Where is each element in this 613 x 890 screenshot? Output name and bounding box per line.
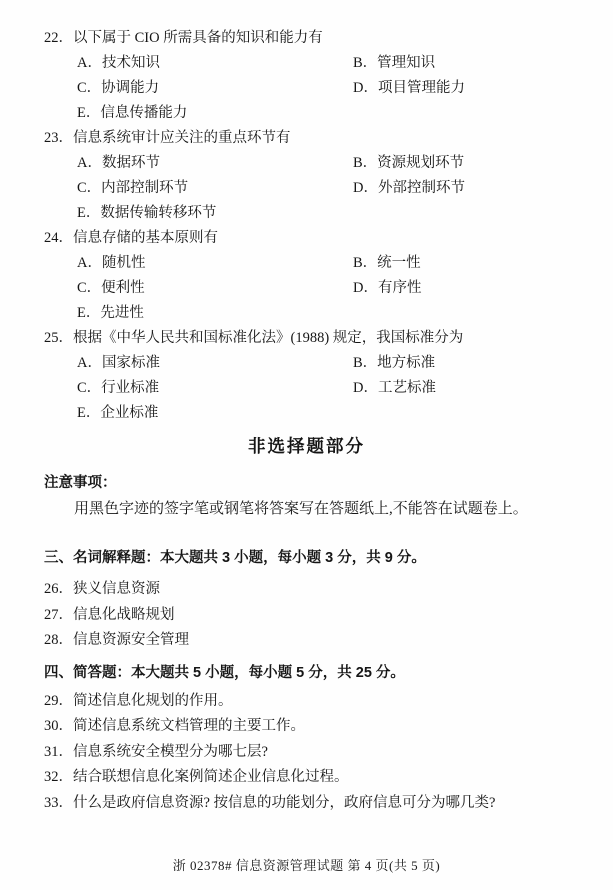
option: A．技术知识 [77, 51, 353, 76]
option-row: E．先进性 [0, 301, 613, 326]
section-three: 三、名词解释题：本大题共 3 小题，每小题 3 分，共 9 分。 26．狭义信息… [0, 546, 613, 654]
list-item: 27．信息化战略规划 [0, 603, 613, 629]
list-item: 29．简述信息化规划的作用。 [0, 689, 613, 715]
option-row: C．内部控制环节D．外部控制环节 [0, 176, 613, 201]
option: A．随机性 [77, 251, 353, 276]
question-stem-text: 以下属于 CIO 所需具备的知识和能力有 [73, 30, 323, 46]
option-row: C．便利性D．有序性 [0, 276, 613, 301]
option: B．管理知识 [353, 51, 435, 76]
exam-page: 22．以下属于 CIO 所需具备的知识和能力有A．技术知识B．管理知识C．协调能… [0, 0, 613, 890]
option-row: A．国家标准B．地方标准 [0, 351, 613, 376]
question-block: 23．信息系统审计应关注的重点环节有A．数据环节B．资源规划环节C．内部控制环节… [0, 126, 613, 226]
option: D．外部控制环节 [353, 176, 465, 201]
list-item: 31．信息系统安全模型分为哪七层? [0, 740, 613, 766]
option: C．协调能力 [77, 76, 353, 101]
section-four-items: 29．简述信息化规划的作用。30．简述信息系统文档管理的主要工作。31．信息系统… [0, 689, 613, 817]
list-item: 26．狭义信息资源 [0, 577, 613, 603]
option-row: A．数据环节B．资源规划环节 [0, 151, 613, 176]
option-row: A．随机性B．统一性 [0, 251, 613, 276]
option: C．行业标准 [77, 376, 353, 401]
question-stem-text: 根据《中华人民共和国标准化法》(1988) 规定，我国标准分为 [73, 330, 463, 346]
notice-title: 注意事项： [0, 471, 613, 496]
question-number: 22． [44, 30, 73, 46]
question-number: 25． [44, 330, 73, 346]
question-stem-text: 信息系统审计应关注的重点环节有 [73, 130, 291, 146]
option: D．工艺标准 [353, 376, 436, 401]
list-item: 28．信息资源安全管理 [0, 628, 613, 654]
option: A．数据环节 [77, 151, 353, 176]
part-heading: 非选择题部分 [0, 435, 613, 457]
list-item: 32．结合联想信息化案例简述企业信息化过程。 [0, 765, 613, 791]
question-block: 25．根据《中华人民共和国标准化法》(1988) 规定，我国标准分为A．国家标准… [0, 326, 613, 426]
question-stem: 23．信息系统审计应关注的重点环节有 [0, 126, 613, 151]
question-stem: 24．信息存储的基本原则有 [0, 226, 613, 251]
option: B．统一性 [353, 251, 421, 276]
section-three-header: 三、名词解释题：本大题共 3 小题，每小题 3 分，共 9 分。 [0, 546, 613, 571]
option: B．地方标准 [353, 351, 435, 376]
option: A．国家标准 [77, 351, 353, 376]
option-row: E．信息传播能力 [0, 101, 613, 126]
option-row: C．行业标准D．工艺标准 [0, 376, 613, 401]
question-number: 23． [44, 130, 73, 146]
option: D．有序性 [353, 276, 421, 301]
question-stem: 22．以下属于 CIO 所需具备的知识和能力有 [0, 26, 613, 51]
option: C．内部控制环节 [77, 176, 353, 201]
list-item: 33．什么是政府信息资源? 按信息的功能划分，政府信息可分为哪几类? [0, 791, 613, 817]
page-footer: 浙 02378# 信息资源管理试题 第 4 页(共 5 页) [0, 855, 613, 874]
notice-block: 注意事项： 用黑色字迹的签字笔或钢笔将答案写在答题纸上,不能答在试题卷上。 [0, 471, 613, 522]
question-number: 24． [44, 230, 73, 246]
question-stem-text: 信息存储的基本原则有 [73, 230, 218, 246]
section-four-header: 四、简答题：本大题共 5 小题，每小题 5 分，共 25 分。 [0, 661, 613, 686]
option-row: E．数据传输转移环节 [0, 201, 613, 226]
option: E．数据传输转移环节 [77, 201, 353, 226]
section-four: 四、简答题：本大题共 5 小题，每小题 5 分，共 25 分。 29．简述信息化… [0, 661, 613, 817]
section-three-items: 26．狭义信息资源27．信息化战略规划28．信息资源安全管理 [0, 577, 613, 654]
option-row: C．协调能力D．项目管理能力 [0, 76, 613, 101]
option: E．信息传播能力 [77, 101, 353, 126]
question-block: 24．信息存储的基本原则有A．随机性B．统一性C．便利性D．有序性E．先进性 [0, 226, 613, 326]
option: C．便利性 [77, 276, 353, 301]
option: D．项目管理能力 [353, 76, 465, 101]
question-stem: 25．根据《中华人民共和国标准化法》(1988) 规定，我国标准分为 [0, 326, 613, 351]
option: E．先进性 [77, 301, 353, 326]
question-block: 22．以下属于 CIO 所需具备的知识和能力有A．技术知识B．管理知识C．协调能… [0, 26, 613, 126]
option: E．企业标准 [77, 401, 353, 426]
option-row: E．企业标准 [0, 401, 613, 426]
list-item: 30．简述信息系统文档管理的主要工作。 [0, 714, 613, 740]
option-row: A．技术知识B．管理知识 [0, 51, 613, 76]
option: B．资源规划环节 [353, 151, 464, 176]
notice-body: 用黑色字迹的签字笔或钢笔将答案写在答题纸上,不能答在试题卷上。 [0, 496, 613, 522]
mcq-section: 22．以下属于 CIO 所需具备的知识和能力有A．技术知识B．管理知识C．协调能… [0, 26, 613, 426]
